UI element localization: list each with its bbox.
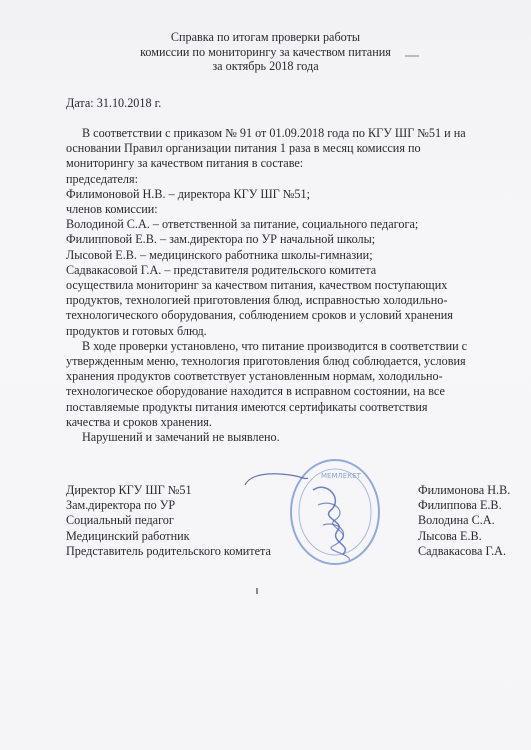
paragraph-line: основании Правил организации питания 1 р… xyxy=(66,141,506,156)
signature-role: Представитель родительского комитета xyxy=(66,544,271,559)
title-line: Справка по итогам проверки работы xyxy=(0,30,531,45)
signature-role: Медицинский работник xyxy=(66,529,190,544)
paragraph-line: Садвакасовой Г.А. – представителя родите… xyxy=(66,263,506,278)
paragraph-line: Нарушений и замечаний не выявлено. xyxy=(66,430,506,445)
signature-name: Володина С.А. xyxy=(418,513,495,528)
document-date: Дата: 31.10.2018 г. xyxy=(66,96,161,111)
paragraph-line: поставляемые продукты питания имеются се… xyxy=(66,400,506,415)
paragraph-line: Филипповой Е.В. – зам.директора по УР на… xyxy=(66,232,506,247)
signature-scribble-icon xyxy=(240,470,310,490)
paragraph-line: Лысовой Е.В. – медицинского работника шк… xyxy=(66,248,506,263)
paragraph-line: утвержденным меню, технология приготовле… xyxy=(66,354,506,369)
paragraph-line: технологического оборудования, соблюдени… xyxy=(66,308,506,323)
official-stamp-icon: МЕМЛЕКЕТ xyxy=(283,450,383,568)
paragraph-line: Филимоновой Н.В. – директора КГУ ШГ №51; xyxy=(66,187,506,202)
title-line: за октябрь 2018 года xyxy=(0,59,531,74)
document-body: В соответствии с приказом № 91 от 01.09.… xyxy=(66,126,506,445)
paragraph-line: В соответствии с приказом № 91 от 01.09.… xyxy=(66,126,506,141)
paragraph-line: продуктов и готовых блюд. xyxy=(66,324,506,339)
scan-artifact xyxy=(256,588,258,594)
paragraph-line: Володиной С.А. – ответственной за питани… xyxy=(66,217,506,232)
paragraph-line: членов комиссии: xyxy=(66,202,506,217)
paragraph-line: председателя: xyxy=(66,172,506,187)
signature-name: Садвакасова Г.А. xyxy=(418,544,506,559)
signature-role: Социальный педагог xyxy=(66,513,174,528)
paragraph-line: продуктов, технологией приготовления блю… xyxy=(66,293,506,308)
signature-name: Филимонова Н.В. xyxy=(418,483,510,498)
paragraph-line: мониторингу за качеством питания в соста… xyxy=(66,156,506,171)
paragraph-line: качества и сроков хранения. xyxy=(66,415,506,430)
paragraph-line: хранения продуктов соответствует установ… xyxy=(66,369,506,384)
document-page: Справка по итогам проверки работы комисс… xyxy=(0,0,531,750)
title-line: комиссии по мониторингу за качеством пит… xyxy=(0,45,531,60)
document-title: Справка по итогам проверки работы комисс… xyxy=(0,30,531,74)
signature-name: Филиппова Е.В. xyxy=(418,498,502,513)
paragraph-line: осуществила мониторинг за качеством пита… xyxy=(66,278,506,293)
paragraph-line: технологическое оборудование находится в… xyxy=(66,384,506,399)
signature-role: Зам.директора по УР xyxy=(66,498,175,513)
svg-text:МЕМЛЕКЕТ: МЕМЛЕКЕТ xyxy=(321,472,362,480)
signature-name: Лысова Е.В. xyxy=(418,529,482,544)
signature-role: Директор КГУ ШГ №51 xyxy=(66,483,192,498)
paragraph-line: В ходе проверки установлено, что питание… xyxy=(66,339,506,354)
